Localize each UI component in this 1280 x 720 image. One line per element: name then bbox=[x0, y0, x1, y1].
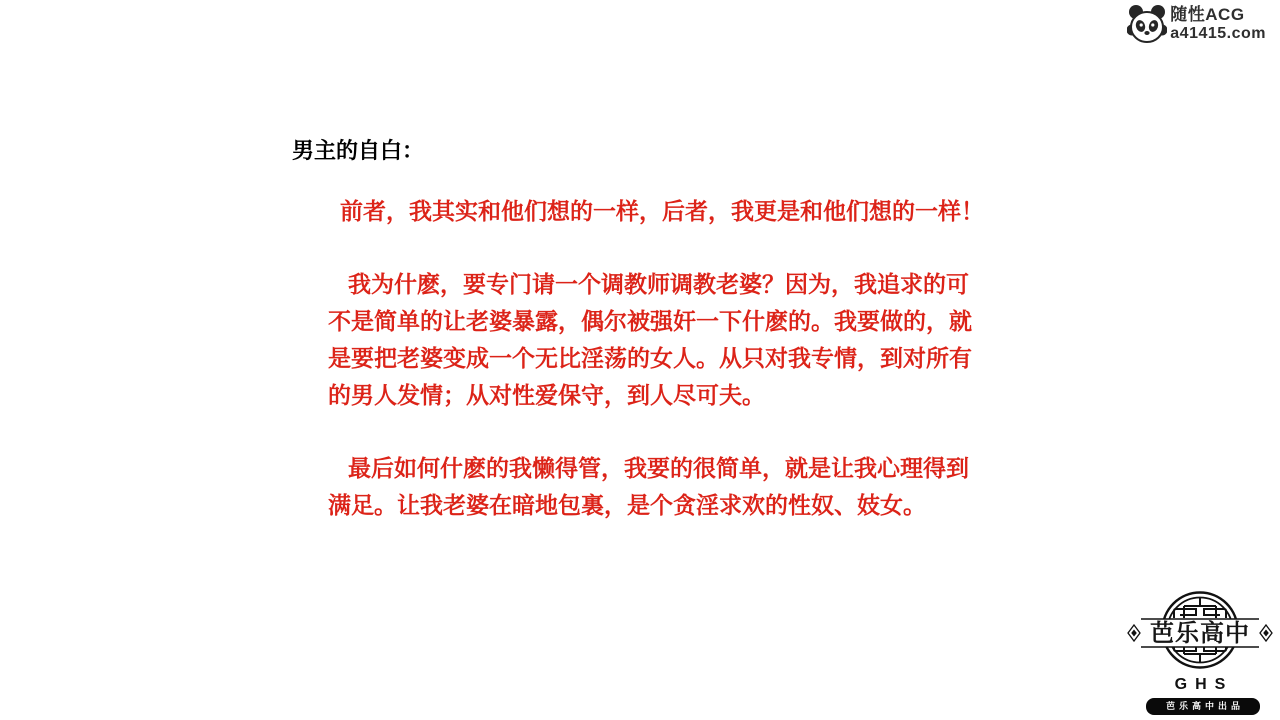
confession-body: 前者，我其实和他们想的一样，后者，我更是和他们想的一样！ 我为什麽，要专门请一个… bbox=[328, 193, 953, 524]
paragraph-1: 前者，我其实和他们想的一样，后者，我更是和他们想的一样！ bbox=[328, 193, 953, 230]
production-credit: 芭乐高中出品 bbox=[1166, 701, 1244, 711]
text-line: 最后如何什麽的我懒得管，我要的很简单，就是让我心理得到 bbox=[328, 450, 953, 487]
text-line: 满足。让我老婆在暗地包裏，是个贪淫求欢的性奴、妓女。 bbox=[328, 487, 953, 524]
site-watermark: 随性ACG a41415.com bbox=[1127, 3, 1266, 45]
watermark-text: 随性ACG a41415.com bbox=[1170, 3, 1266, 42]
paragraph-2: 我为什麽，要专门请一个调教师调教老婆？因为，我追求的可 不是简单的让老婆暴露，偶… bbox=[328, 266, 953, 414]
text-line: 是要把老婆变成一个无比淫荡的女人。从只对我专情，到对所有 bbox=[328, 340, 953, 377]
studio-seal: 芭乐高中 GHS 芭乐高中出品 bbox=[1125, 585, 1275, 720]
panda-logo-icon bbox=[1127, 3, 1167, 45]
text-line: 不是简单的让老婆暴露，偶尔被强奸一下什麽的。我要做的，就 bbox=[328, 303, 953, 340]
watermark-site-domain: a41415.com bbox=[1170, 25, 1266, 42]
production-banner: 芭乐高中出品 bbox=[1146, 698, 1260, 715]
text-line: 我为什麽，要专门请一个调教师调教老婆？因为，我追求的可 bbox=[328, 266, 953, 303]
seal-name: 芭乐高中 bbox=[1125, 621, 1275, 647]
text-line: 的男人发情；从对性爱保守，到人尽可夫。 bbox=[328, 377, 953, 414]
paragraph-3: 最后如何什麽的我懒得管，我要的很简单，就是让我心理得到 满足。让我老婆在暗地包裏… bbox=[328, 450, 953, 524]
watermark-site-name: 随性ACG bbox=[1170, 5, 1266, 25]
page-root: 随性ACG a41415.com 男主的自白： 前者，我其实和他们想的一样，后者… bbox=[0, 0, 1280, 720]
confession-heading: 男主的自白： bbox=[292, 137, 424, 165]
seal-initials: GHS bbox=[1125, 676, 1275, 694]
text-line: 前者，我其实和他们想的一样，后者，我更是和他们想的一样！ bbox=[328, 193, 953, 230]
